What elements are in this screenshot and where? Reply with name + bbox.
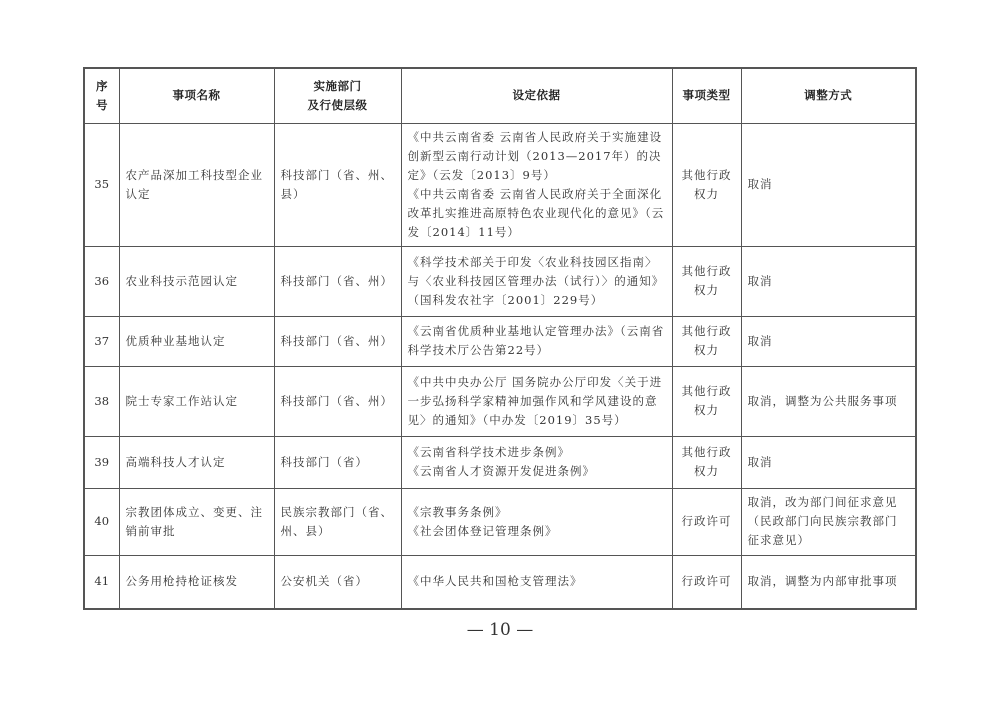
row-no: 38 [84,366,119,436]
row-item-name: 农产品深加工科技型企业认定 [119,123,274,246]
row-no: 41 [84,555,119,609]
row-department: 科技部门（省） [274,436,401,488]
table-row: 37 优质种业基地认定 科技部门（省、州） 《云南省优质种业基地认定管理办法》（… [84,316,916,366]
row-adjustment: 取消，调整为内部审批事项 [741,555,916,609]
table-header-row: 序 号 事项名称 实施部门 及行使层级 设定依据 事项类型 调整方式 [84,68,916,123]
row-adjustment: 取消 [741,316,916,366]
row-adjustment: 取消，调整为公共服务事项 [741,366,916,436]
table-row: 35 农产品深加工科技型企业认定 科技部门（省、州、县） 《中共云南省委 云南省… [84,123,916,246]
header-adjustment: 调整方式 [741,68,916,123]
table-row: 36 农业科技示范园认定 科技部门（省、州） 《科学技术部关于印发〈农业科技园区… [84,246,916,316]
row-item-name: 宗教团体成立、变更、注销前审批 [119,488,274,555]
row-item-type: 其他行政权力 [672,436,741,488]
header-basis: 设定依据 [401,68,672,123]
row-adjustment: 取消 [741,123,916,246]
row-basis: 《云南省优质种业基地认定管理办法》（云南省科学技术厅公告第22号） [401,316,672,366]
header-item-name: 事项名称 [119,68,274,123]
row-department: 科技部门（省、州） [274,316,401,366]
adjustment-items-table: 序 号 事项名称 实施部门 及行使层级 设定依据 事项类型 调整方式 35 农产… [83,67,917,610]
row-item-type: 行政许可 [672,555,741,609]
row-item-type: 其他行政权力 [672,316,741,366]
row-item-name: 优质种业基地认定 [119,316,274,366]
row-no: 37 [84,316,119,366]
row-adjustment: 取消，改为部门间征求意见（民政部门向民族宗教部门征求意见） [741,488,916,555]
row-basis: 《中共云南省委 云南省人民政府关于实施建设创新型云南行动计划（2013—2017… [401,123,672,246]
row-department: 科技部门（省、州、县） [274,123,401,246]
table-row: 38 院士专家工作站认定 科技部门（省、州） 《中共中央办公厅 国务院办公厅印发… [84,366,916,436]
row-item-name: 公务用枪持枪证核发 [119,555,274,609]
row-department: 科技部门（省、州） [274,246,401,316]
row-item-name: 农业科技示范园认定 [119,246,274,316]
row-no: 39 [84,436,119,488]
row-basis: 《中共中央办公厅 国务院办公厅印发〈关于进一步弘扬科学家精神加强作风和学风建设的… [401,366,672,436]
row-department: 民族宗教部门（省、州、县） [274,488,401,555]
row-no: 36 [84,246,119,316]
row-no: 35 [84,123,119,246]
row-item-type: 行政许可 [672,488,741,555]
table-row: 41 公务用枪持枪证核发 公安机关（省） 《中华人民共和国枪支管理法》 行政许可… [84,555,916,609]
row-no: 40 [84,488,119,555]
row-item-type: 其他行政权力 [672,123,741,246]
row-department: 公安机关（省） [274,555,401,609]
row-basis: 《云南省科学技术进步条例》 《云南省人才资源开发促进条例》 [401,436,672,488]
row-basis: 《科学技术部关于印发〈农业科技园区指南〉与〈农业科技园区管理办法（试行）〉的通知… [401,246,672,316]
row-basis: 《宗教事务条例》 《社会团体登记管理条例》 [401,488,672,555]
header-item-type: 事项类型 [672,68,741,123]
table-row: 40 宗教团体成立、变更、注销前审批 民族宗教部门（省、州、县） 《宗教事务条例… [84,488,916,555]
row-item-type: 其他行政权力 [672,366,741,436]
header-no: 序 号 [84,68,119,123]
row-basis: 《中华人民共和国枪支管理法》 [401,555,672,609]
row-adjustment: 取消 [741,246,916,316]
table-row: 39 高端科技人才认定 科技部门（省） 《云南省科学技术进步条例》 《云南省人才… [84,436,916,488]
row-item-name: 高端科技人才认定 [119,436,274,488]
row-item-type: 其他行政权力 [672,246,741,316]
page-number: — 10 — [0,620,1000,640]
row-adjustment: 取消 [741,436,916,488]
row-department: 科技部门（省、州） [274,366,401,436]
header-department: 实施部门 及行使层级 [274,68,401,123]
row-item-name: 院士专家工作站认定 [119,366,274,436]
